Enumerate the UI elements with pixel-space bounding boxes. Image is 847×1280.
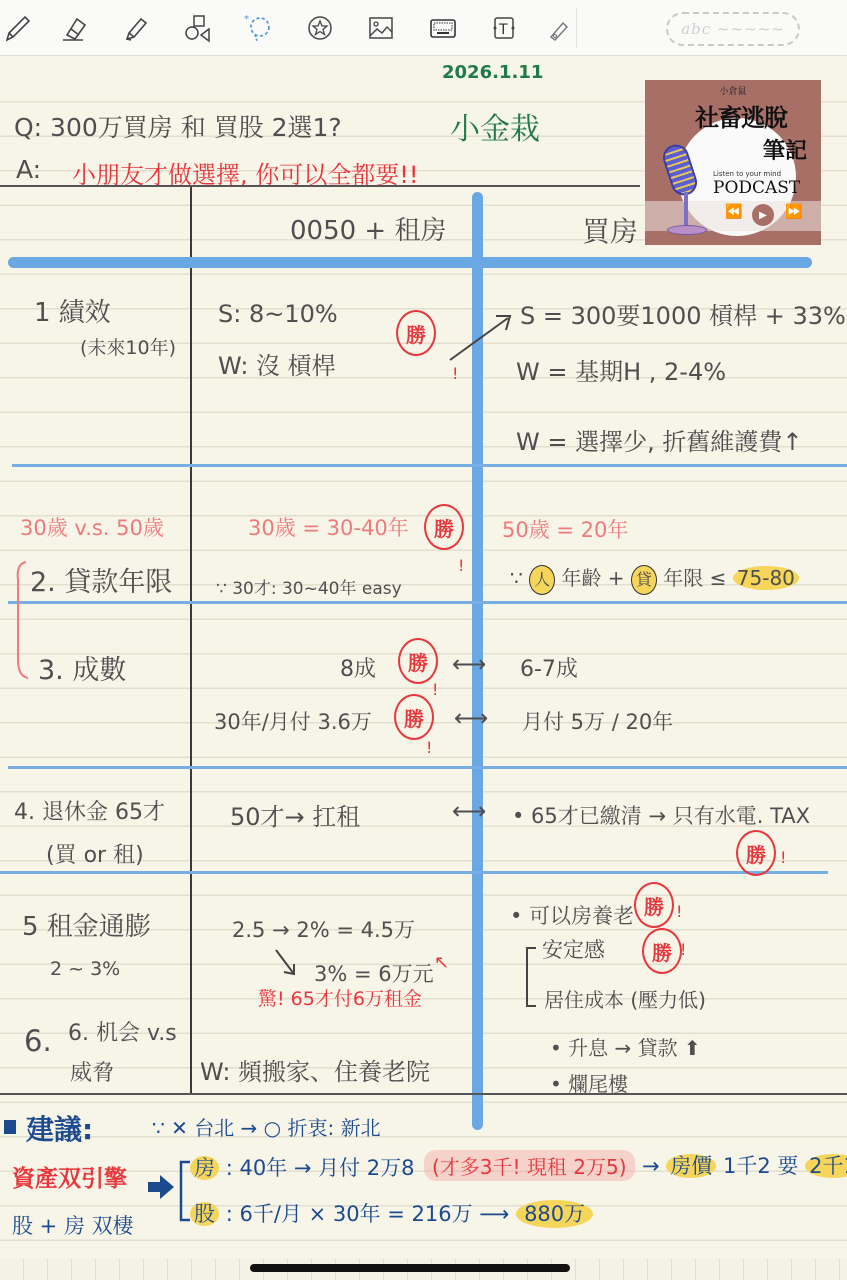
row6-left-text: W: 頻搬家、住養老院 <box>200 1052 430 1087</box>
podcast-title-line1: 社畜逃脫 <box>695 98 787 133</box>
sticker-tool[interactable] <box>302 10 338 46</box>
play-icon: ▶ <box>752 204 774 226</box>
row5-sublabel: 2 ~ 3% <box>50 958 120 980</box>
row1-left-strength: S: 8~10% <box>218 300 338 328</box>
row5-label: 5 租金通膨 <box>22 906 151 943</box>
exclaim-mark: ! <box>426 738 432 757</box>
house-price-label: 房價 <box>666 1154 716 1178</box>
table-header-divider <box>8 257 812 268</box>
house-result: → 房價 1千2 要 2千1 <box>642 1150 847 1180</box>
lasso-tool[interactable]: * <box>240 10 276 46</box>
highlighter-icon <box>121 13 151 43</box>
pen-to-text-placeholder: abc ~~~~~ <box>681 20 785 38</box>
house-note: (才多3千! 現租 2万5) <box>424 1150 635 1181</box>
row4-right-text: • 65才已繳清 → 只有水電. TAX <box>512 800 810 830</box>
win-stamp-row3a: 勝 <box>398 638 438 684</box>
row2-left-text: ∵ 30才: 30~40年 easy <box>216 574 402 599</box>
eraser-tool[interactable] <box>56 10 92 46</box>
pen-icon <box>3 13 33 43</box>
row5-right-item2: 安定感 <box>542 934 605 964</box>
row6-right-item2: • 爛尾樓 <box>550 1068 628 1097</box>
column-header-rent: 0050 + 租房 <box>290 210 446 247</box>
bullet-square-icon <box>4 1120 16 1134</box>
down-arrow-icon <box>272 948 302 980</box>
note-author: 小金栽 <box>450 104 540 148</box>
text-box-icon: T <box>489 13 519 43</box>
row6-right-item1: • 升息 → 貸款 ⬆ <box>550 1032 701 1061</box>
house-label: 房 <box>190 1156 219 1180</box>
stock-plan: 6千/月 × 30年 = 216万 <box>239 1202 472 1226</box>
person-circled: 人 <box>529 565 555 595</box>
stock-arrow: ⟶ <box>479 1202 516 1226</box>
row6-sublabel: 威脅 <box>70 1056 114 1087</box>
row2-age-note: 30歲 v.s. 50歲 <box>20 512 164 542</box>
bracket-icon <box>10 560 30 682</box>
note-date: 2026.1.11 <box>442 62 543 83</box>
exclaim-mark: ! <box>676 902 682 921</box>
double-arrow-icon: ⟷ <box>452 797 486 825</box>
row-divider-2 <box>8 601 847 604</box>
keyboard-icon <box>428 13 458 43</box>
row4-sublabel: (買 or 租) <box>46 838 144 869</box>
row3-left-payment: 30年/月付 3.6万 <box>214 706 372 736</box>
exclaim-mark: ! <box>432 680 438 699</box>
column-header-buy: 買房 <box>582 210 638 250</box>
row1-right-weakness-2: W = 選擇少, 折舊維護費↑ <box>516 422 802 457</box>
row2-right-text: ∵ 人 年齡 + 貸 年限 ≤ 75-80 <box>510 562 799 595</box>
result-arrow: → <box>642 1154 660 1178</box>
text-box-tool[interactable]: T <box>486 10 522 46</box>
win-stamp-row5b: 勝 <box>642 928 682 974</box>
row1-right-weakness-1: W = 基期H , 2-4% <box>516 352 726 387</box>
up-arrow-icon: ↖ <box>434 952 449 973</box>
row6-label: 6. 机会 v.s <box>68 1016 177 1047</box>
stock-label: 股 <box>190 1202 219 1226</box>
row-divider-1 <box>12 464 847 467</box>
table-bottom-line <box>0 1093 847 1095</box>
stock-colon: : <box>226 1202 240 1226</box>
row2-right-note: 50歲 = 20年 <box>502 514 628 544</box>
row1-right-strength: S = 300要1000 槓桿 + 33% <box>520 296 846 331</box>
win-stamp-row4: 勝 <box>736 830 776 876</box>
house-text: : <box>226 1156 240 1180</box>
shapes-tool[interactable] <box>180 10 216 46</box>
age-text: 年齡 + <box>555 566 631 590</box>
row3-right-ratio: 6-7成 <box>520 652 578 683</box>
strategy-title: 資產双引擎 <box>12 1160 127 1193</box>
row1-label: 1 績效 <box>34 292 111 329</box>
win-stamp-row1: 勝 <box>396 310 436 356</box>
row5-left-warning: 驚! 65才付6万租金 <box>258 984 422 1011</box>
podcast-brand: 小倉鼠 <box>645 84 821 97</box>
row5-right-item3: 居住成本 (壓力低) <box>544 984 706 1013</box>
image-tool[interactable] <box>363 10 399 46</box>
podcast-tagline: Listen to your mind <box>713 170 781 178</box>
svg-text:T: T <box>498 22 508 38</box>
laser-pointer-icon <box>543 13 573 43</box>
row2-label: 2. 貸款年限 <box>30 560 172 599</box>
rewind-icon: ⏪ <box>725 204 742 220</box>
row2-left-note: 30歲 = 30-40年 <box>248 512 409 542</box>
keyboard-tool[interactable] <box>425 10 461 46</box>
win-stamp-row2: 勝 <box>424 504 464 550</box>
row3-right-payment: 月付 5万 / 20年 <box>522 706 673 736</box>
highlighter-tool[interactable] <box>118 10 154 46</box>
home-indicator[interactable] <box>250 1264 570 1272</box>
lasso-icon: * <box>243 13 273 43</box>
row3-left-ratio: 8成 <box>340 652 376 683</box>
note-question: Q: 300万買房 和 買股 2選1? <box>14 108 342 144</box>
term-text: 年限 ≤ <box>657 566 733 590</box>
table-top-line <box>0 185 640 187</box>
exclaim-mark: ! <box>680 940 686 959</box>
toolbar: * T abc ~~~~~ <box>0 0 847 56</box>
eraser-icon <box>59 13 89 43</box>
row4-label: 4. 退休金 65才 <box>14 795 165 826</box>
row1-left-weakness: W: 沒 槓桿 <box>218 346 336 381</box>
pen-to-text-field[interactable]: abc ~~~~~ <box>666 12 800 46</box>
house-price-from: 1千2 要 <box>723 1154 798 1178</box>
podcast-label: PODCAST <box>713 178 800 198</box>
row5-right-item1: • 可以房養老 <box>510 900 634 930</box>
double-arrow-icon: ⟷ <box>454 704 488 732</box>
mic-base <box>667 225 707 235</box>
star-sticker-icon <box>305 13 335 43</box>
table-label-divider <box>190 186 192 1094</box>
laser-pointer-tool[interactable] <box>540 10 576 46</box>
podcast-title-line2: 筆記 <box>763 134 807 165</box>
row1-sublabel: (未來10年) <box>80 333 176 360</box>
row6-number: 6. <box>24 1024 52 1058</box>
row-divider-4 <box>0 871 828 874</box>
right-arrow-icon <box>146 1172 176 1202</box>
house-line: 房 : 40年 → 月付 2万8 <box>190 1152 415 1182</box>
svg-text:*: * <box>244 14 249 25</box>
row-divider-3 <box>8 766 847 769</box>
suggestion-title: 建議: <box>26 1108 93 1148</box>
mic-stand <box>684 192 688 228</box>
bracket-icon <box>524 946 538 1008</box>
answer-prefix: A: <box>16 155 41 184</box>
fast-forward-icon: ⏩ <box>785 204 802 220</box>
exclaim-mark: ! <box>780 848 786 867</box>
win-stamp-row5a: 勝 <box>634 882 674 928</box>
suggestion-text: ∵ ✕ 台北 → ○ 折衷: 新北 <box>152 1112 381 1141</box>
house-plan: 40年 → 月付 2万8 <box>239 1156 414 1180</box>
age-limit-highlight: 75-80 <box>733 566 799 590</box>
exclaim-mark: ! <box>458 556 464 575</box>
house-price-to: 2千1 <box>805 1154 847 1178</box>
loan-circled: 貸 <box>631 565 657 595</box>
stock-result: 880万 <box>516 1200 593 1228</box>
double-arrow-icon: ⟷ <box>452 650 486 678</box>
shapes-icon <box>183 13 213 43</box>
exclaim-mark: ! <box>452 364 458 383</box>
row3-label: 3. 成數 <box>38 648 126 687</box>
podcast-cover-image: 小倉鼠 社畜逃脫 筆記 Listen to your mind PODCAST … <box>645 80 821 245</box>
because-symbol: ∵ <box>510 566 529 590</box>
row4-left-text: 50才→ 扛租 <box>230 797 360 832</box>
win-stamp-row3b: 勝 <box>394 694 434 740</box>
arrow-icon <box>448 308 518 363</box>
image-icon <box>366 13 396 43</box>
toolbar-divider <box>576 8 577 48</box>
pen-tool[interactable] <box>0 10 36 46</box>
strategy-subtitle: 股 + 房 双棲 <box>12 1210 134 1240</box>
row5-left-rate: 2.5 → 2% = 4.5万 <box>232 914 415 944</box>
stock-line: 股 : 6千/月 × 30年 = 216万 ⟶ 880万 <box>190 1198 593 1228</box>
